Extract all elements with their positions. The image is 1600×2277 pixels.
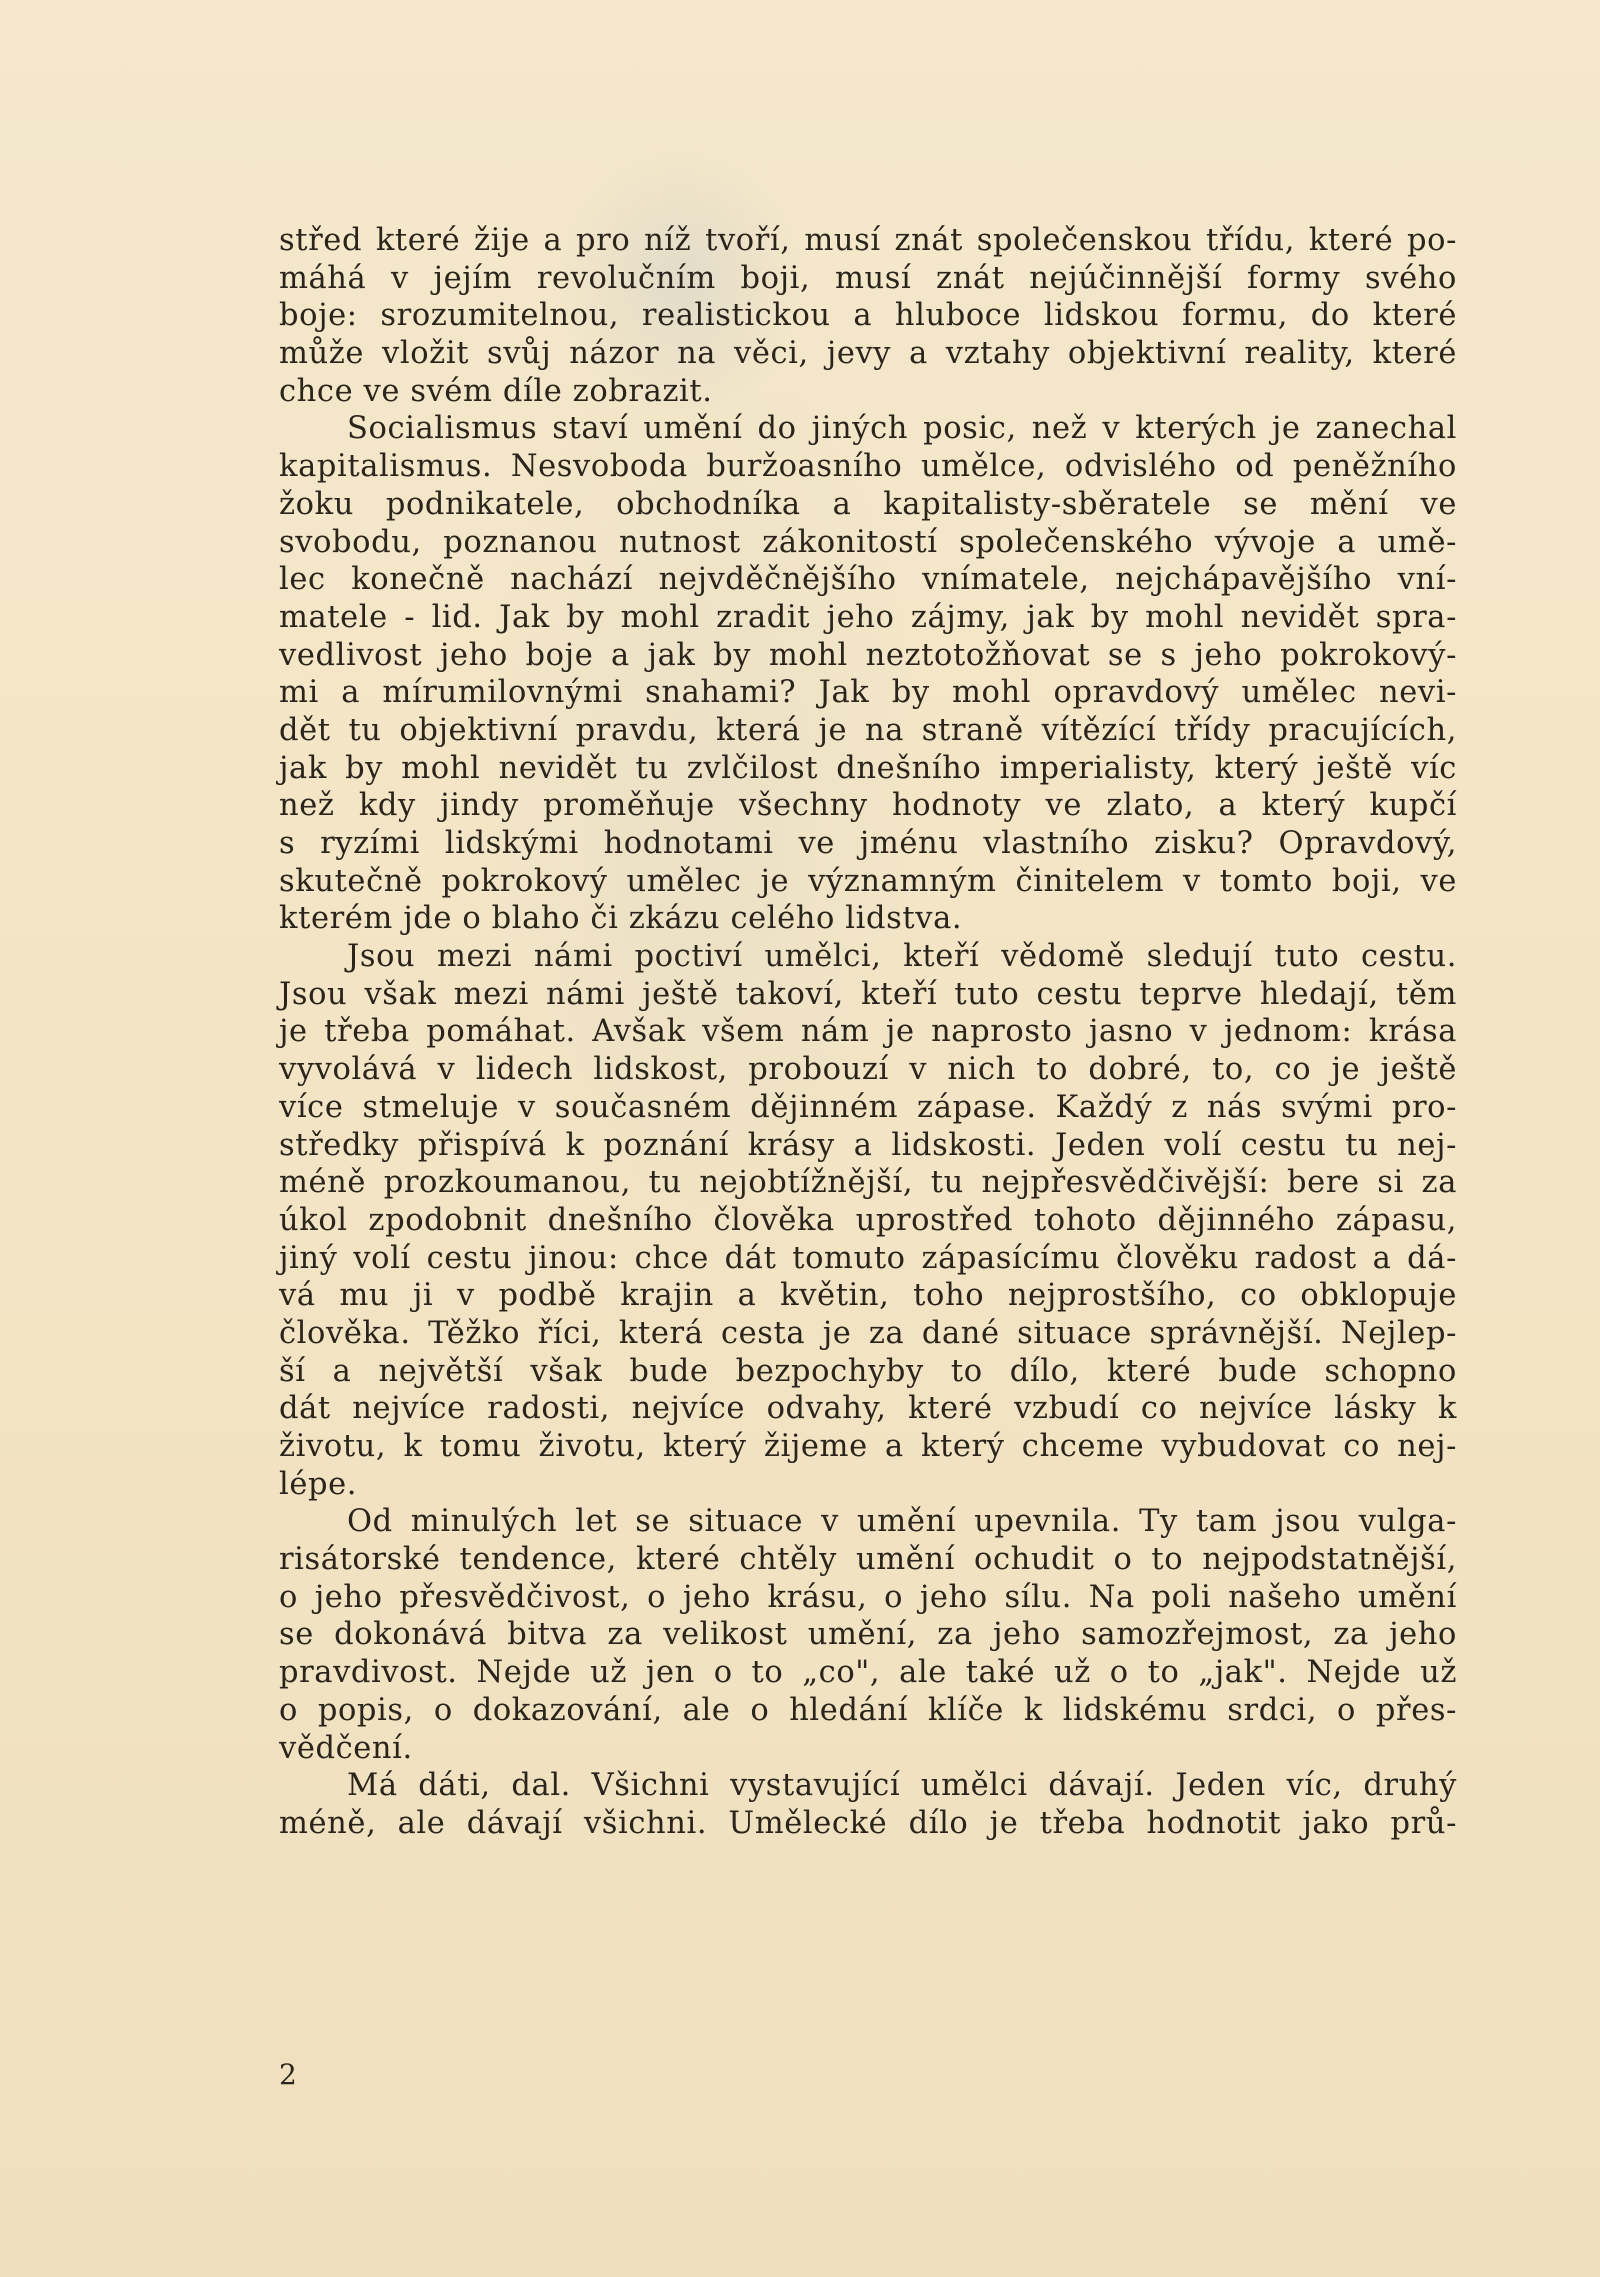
text-line: o popis, o dokazování, ale o hledání klí…	[279, 1692, 1457, 1730]
scanned-page: střed které žije a pro níž tvoří, musí z…	[0, 0, 1600, 2277]
text-line: Od minulých let se situace v umění upevn…	[279, 1503, 1457, 1541]
text-line: žoku podnikatele, obchodníka a kapitalis…	[279, 486, 1457, 524]
paragraph: střed které žije a pro níž tvoří, musí z…	[279, 222, 1457, 410]
text-line: máhá v jejím revolučním boji, musí znát …	[279, 260, 1457, 298]
text-line: dět tu objektivní pravdu, která je na st…	[279, 712, 1457, 750]
text-line: o jeho přesvědčivost, o jeho krásu, o je…	[279, 1579, 1457, 1617]
text-line: je třeba pomáhat. Avšak všem nám je napr…	[279, 1013, 1457, 1051]
text-line: Jsou mezi námi poctiví umělci, kteří věd…	[279, 938, 1457, 976]
text-line: Má dáti, dal. Všichni vystavující umělci…	[279, 1767, 1457, 1805]
text-line: skutečně pokrokový umělec je významným č…	[279, 863, 1457, 901]
text-line: matele - lid. Jak by mohl zradit jeho zá…	[279, 599, 1457, 637]
text-line: svobodu, poznanou nutnost zákonitostí sp…	[279, 524, 1457, 562]
text-line: risátorské tendence, které chtěly umění …	[279, 1541, 1457, 1579]
text-line: chce ve svém díle zobrazit.	[279, 373, 1457, 411]
text-line: úkol zpodobnit dnešního člověka uprostře…	[279, 1202, 1457, 1240]
text-line: jak by mohl nevidět tu zvlčilost dnešníh…	[279, 750, 1457, 788]
text-line: může vložit svůj názor na věci, jevy a v…	[279, 335, 1457, 373]
text-line: pravdivost. Nejde už jen o to „co", ale …	[279, 1654, 1457, 1692]
text-line: vědčení.	[279, 1730, 1457, 1768]
paragraph: Od minulých let se situace v umění upevn…	[279, 1503, 1457, 1767]
text-line: méně, ale dávají všichni. Umělecké dílo …	[279, 1805, 1457, 1843]
text-line: boje: srozumitelnou, realistickou a hlub…	[279, 297, 1457, 335]
text-line: se dokonává bitva za velikost umění, za …	[279, 1616, 1457, 1654]
text-line: méně prozkoumanou, tu nejobtížnější, tu …	[279, 1164, 1457, 1202]
page-number: 2	[279, 2058, 297, 2091]
paragraph: Jsou mezi námi poctiví umělci, kteří věd…	[279, 938, 1457, 1503]
text-line: člověka. Těžko říci, která cesta je za d…	[279, 1315, 1457, 1353]
text-line: Jsou však mezi námi ještě takoví, kteří …	[279, 976, 1457, 1014]
text-line: ší a největší však bude bezpochyby to dí…	[279, 1353, 1457, 1391]
paragraph: Má dáti, dal. Všichni vystavující umělci…	[279, 1767, 1457, 1842]
text-line: než kdy jindy proměňuje všechny hodnoty …	[279, 787, 1457, 825]
text-line: životu, k tomu životu, který žijeme a kt…	[279, 1428, 1457, 1466]
text-line: lépe.	[279, 1466, 1457, 1504]
text-line: kapitalismus. Nesvoboda buržoasního uměl…	[279, 448, 1457, 486]
text-line: Socialismus staví umění do jiných posic,…	[279, 410, 1457, 448]
text-line: více stmeluje v současném dějinném zápas…	[279, 1089, 1457, 1127]
text-line: vá mu ji v podbě krajin a květin, toho n…	[279, 1277, 1457, 1315]
text-line: kterém jde o blaho či zkázu celého lidst…	[279, 900, 1457, 938]
text-line: středky přispívá k poznání krásy a lidsk…	[279, 1127, 1457, 1165]
body-text: střed které žije a pro níž tvoří, musí z…	[279, 222, 1457, 1843]
text-line: mi a mírumilovnými snahami? Jak by mohl …	[279, 674, 1457, 712]
text-line: jiný volí cestu jinou: chce dát tomuto z…	[279, 1240, 1457, 1278]
text-line: s ryzími lidskými hodnotami ve jménu vla…	[279, 825, 1457, 863]
text-line: střed které žije a pro níž tvoří, musí z…	[279, 222, 1457, 260]
text-line: vyvolává v lidech lidskost, probouzí v n…	[279, 1051, 1457, 1089]
text-line: lec konečně nachází nejvděčnějšího vníma…	[279, 561, 1457, 599]
text-line: vedlivost jeho boje a jak by mohl neztot…	[279, 637, 1457, 675]
paragraph: Socialismus staví umění do jiných posic,…	[279, 410, 1457, 938]
text-line: dát nejvíce radosti, nejvíce odvahy, kte…	[279, 1390, 1457, 1428]
